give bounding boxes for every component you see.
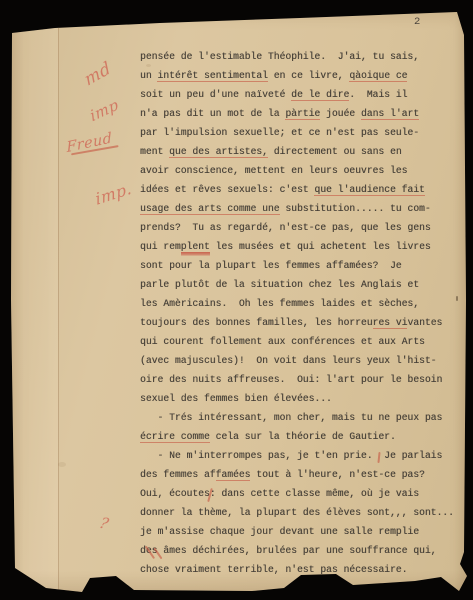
- paper-stain: [58, 462, 66, 467]
- typed-line: usage des arts comme une substitution...…: [140, 202, 431, 215]
- red-underline: intérêt sentimental: [157, 70, 267, 82]
- typed-line: parle plutôt de la situation chez les An…: [140, 278, 419, 291]
- margin-note-handwriting: md: [82, 58, 114, 91]
- margin-note-handwriting: imp.: [94, 178, 133, 209]
- margin-note-handwriting: imp: [88, 95, 121, 125]
- typed-line: je m'assise chaque jour devant une salle…: [140, 525, 419, 538]
- margin-note-handwriting: ?: [97, 514, 111, 533]
- typed-line: avoir conscience, mettent en leurs oeuvr…: [140, 164, 407, 177]
- typed-line: donner la thème, la plupart des élèves s…: [140, 506, 454, 519]
- red-underline: pàrtie: [285, 108, 320, 120]
- typed-line: des femmes affamées tout à l'heure, n'es…: [140, 468, 425, 481]
- paper-stain: [146, 64, 151, 67]
- typed-line: par l'impulsion sexuelle; et ce n'est pa…: [140, 126, 419, 139]
- typed-line: pensée de l'estimable Théophile. J'ai, t…: [140, 50, 419, 63]
- typed-line: n'a pas dit un mot de la pàrtie jouée da…: [140, 107, 419, 120]
- typed-line: des âmes déchirées, brulées par une souf…: [140, 544, 437, 557]
- manuscript-page: 2 pensée de l'estimable Théophile. J'ai,…: [0, 0, 473, 600]
- page-number: 2: [414, 16, 420, 28]
- typed-line: qui courent follement aux conférences et…: [140, 335, 425, 348]
- typed-line: (avec majuscules)! On voit dans leurs ye…: [140, 354, 437, 367]
- red-underline: famées: [216, 469, 251, 481]
- red-underline: de le dire: [291, 89, 349, 101]
- typed-line: sexuel des femmes bien élevées...: [140, 392, 332, 405]
- typed-line: - Trés intéressant, mon cher, mais tu ne…: [140, 411, 442, 424]
- red-underline: écrire comme: [140, 431, 210, 443]
- red-underline: qàoique ce: [349, 70, 407, 82]
- typed-line: qui remplent les musées et qui achetent …: [140, 240, 431, 253]
- typed-line: - Ne m'interrompes pas, je t'en prie. Je…: [140, 449, 442, 462]
- typed-line: oire des nuits affreuses. Oui: l'art pou…: [140, 373, 442, 386]
- typed-line: écrire comme cela sur la théorie de Gaut…: [140, 430, 396, 443]
- typed-line: idées et rêves sexuels: c'est que l'audi…: [140, 183, 425, 196]
- typed-line: ment que des artistes, directement ou sa…: [140, 145, 402, 158]
- typed-line: soit un peu d'une naïveté de le dire. Ma…: [140, 88, 407, 101]
- photo-background: 2 pensée de l'estimable Théophile. J'ai,…: [0, 0, 473, 600]
- red-underline: que des artistes,: [169, 146, 268, 158]
- red-underline: plent: [181, 241, 210, 252]
- typed-line: les Amèricains. Oh les femmes laides et …: [140, 297, 419, 310]
- typed-line: Oui, écoutes: dans cette classe même, où…: [140, 487, 419, 500]
- typed-line: toujours des bonnes familles, les horreu…: [140, 316, 442, 329]
- red-underline: dans l'art: [361, 108, 419, 120]
- stray-ink-mark: [456, 296, 458, 301]
- page-fold-edge: [0, 0, 59, 600]
- typed-line: chose vraiment terrible, n'est pas néces…: [140, 563, 407, 576]
- red-underline: que l'audience fait: [314, 184, 424, 196]
- red-underline: usage des arts comme une: [140, 203, 280, 215]
- red-underline: res vi: [373, 317, 408, 329]
- typed-line: un intérêt sentimental en ce livre, qàoi…: [140, 69, 407, 82]
- typed-line: prends? Tu as regardé, n'est-ce pas, que…: [140, 221, 431, 234]
- typed-line: sont pour la plupart les femmes affamées…: [140, 259, 402, 272]
